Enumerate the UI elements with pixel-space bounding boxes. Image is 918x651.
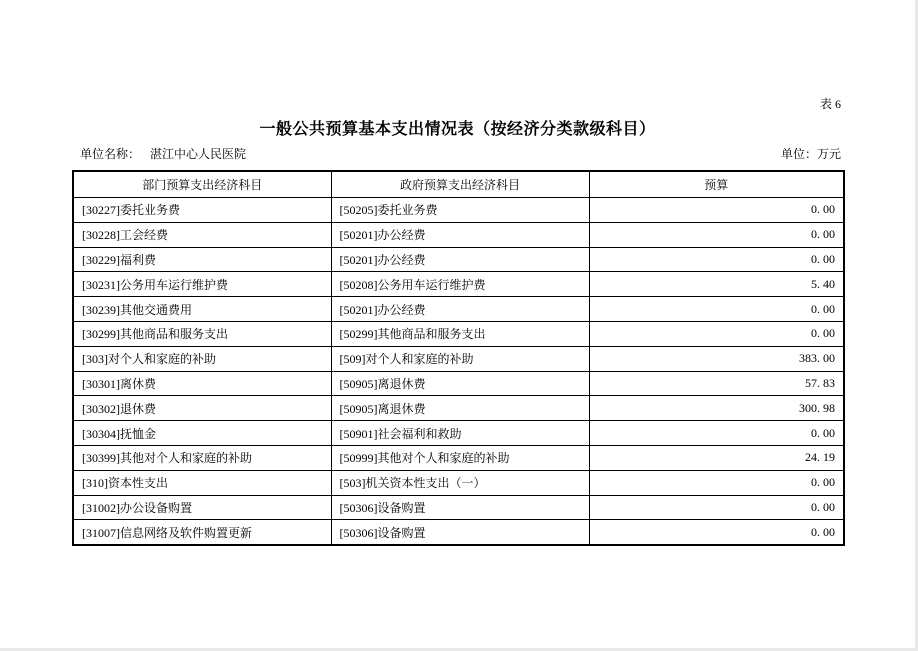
cell-government-subject: [50901]社会福利和救助 bbox=[331, 421, 589, 446]
table-row: [31007]信息网络及软件购置更新[50306]设备购置0. 00 bbox=[73, 520, 844, 545]
page-title: 一般公共预算基本支出情况表（按经济分类款级科目） bbox=[72, 120, 843, 140]
cell-government-subject: [50905]离退休费 bbox=[331, 371, 589, 396]
unit-name-label: 单位名称： bbox=[80, 147, 140, 161]
table-row: [30239]其他交通费用[50201]办公经费0. 00 bbox=[73, 297, 844, 322]
table-row: [30301]离休费[50905]离退休费57. 83 bbox=[73, 371, 844, 396]
cell-department-subject: [30239]其他交通费用 bbox=[73, 297, 331, 322]
table-number-label: 表 6 bbox=[72, 97, 843, 111]
cell-government-subject: [50208]公务用车运行维护费 bbox=[331, 272, 589, 297]
budget-table: 部门预算支出经济科目 政府预算支出经济科目 预算 [30227]委托业务费[50… bbox=[72, 170, 845, 546]
table-row: [30227]委托业务费[50205]委托业务费0. 00 bbox=[73, 198, 844, 223]
table-row: [31002]办公设备购置[50306]设备购置0. 00 bbox=[73, 495, 844, 520]
cell-department-subject: [310]资本性支出 bbox=[73, 470, 331, 495]
unit-name: 单位名称：湛江中心人民医院 bbox=[72, 147, 246, 162]
table-row: [30399]其他对个人和家庭的补助[50999]其他对个人和家庭的补助24. … bbox=[73, 445, 844, 470]
cell-department-subject: [303]对个人和家庭的补助 bbox=[73, 346, 331, 371]
cell-department-subject: [30302]退休费 bbox=[73, 396, 331, 421]
cell-government-subject: [50299]其他商品和服务支出 bbox=[331, 321, 589, 346]
column-header-department-subject: 部门预算支出经济科目 bbox=[73, 171, 331, 198]
table-row: [310]资本性支出[503]机关资本性支出（一）0. 00 bbox=[73, 470, 844, 495]
cell-government-subject: [509]对个人和家庭的补助 bbox=[331, 346, 589, 371]
cell-government-subject: [50201]办公经费 bbox=[331, 297, 589, 322]
cell-budget-value: 24. 19 bbox=[589, 445, 844, 470]
table-row: [30304]抚恤金[50901]社会福利和救助0. 00 bbox=[73, 421, 844, 446]
cell-budget-value: 300. 98 bbox=[589, 396, 844, 421]
table-row: [30229]福利费[50201]办公经费0. 00 bbox=[73, 247, 844, 272]
cell-department-subject: [31007]信息网络及软件购置更新 bbox=[73, 520, 331, 545]
table-row: [303]对个人和家庭的补助[509]对个人和家庭的补助383. 00 bbox=[73, 346, 844, 371]
cell-budget-value: 0. 00 bbox=[589, 297, 844, 322]
cell-government-subject: [50201]办公经费 bbox=[331, 247, 589, 272]
cell-budget-value: 0. 00 bbox=[589, 198, 844, 223]
cell-department-subject: [30231]公务用车运行维护费 bbox=[73, 272, 331, 297]
cell-budget-value: 0. 00 bbox=[589, 222, 844, 247]
cell-department-subject: [30301]离休费 bbox=[73, 371, 331, 396]
cell-department-subject: [30229]福利费 bbox=[73, 247, 331, 272]
table-body: [30227]委托业务费[50205]委托业务费0. 00[30228]工会经费… bbox=[73, 198, 844, 546]
cell-department-subject: [31002]办公设备购置 bbox=[73, 495, 331, 520]
cell-government-subject: [50999]其他对个人和家庭的补助 bbox=[331, 445, 589, 470]
cell-government-subject: [50201]办公经费 bbox=[331, 222, 589, 247]
cell-budget-value: 5. 40 bbox=[589, 272, 844, 297]
table-row: [30302]退休费[50905]离退休费300. 98 bbox=[73, 396, 844, 421]
cell-budget-value: 0. 00 bbox=[589, 520, 844, 545]
cell-government-subject: [503]机关资本性支出（一） bbox=[331, 470, 589, 495]
cell-government-subject: [50205]委托业务费 bbox=[331, 198, 589, 223]
cell-department-subject: [30299]其他商品和服务支出 bbox=[73, 321, 331, 346]
cell-government-subject: [50306]设备购置 bbox=[331, 495, 589, 520]
column-header-government-subject: 政府预算支出经济科目 bbox=[331, 171, 589, 198]
cell-budget-value: 0. 00 bbox=[589, 321, 844, 346]
cell-government-subject: [50905]离退休费 bbox=[331, 396, 589, 421]
page-content: 表 6 一般公共预算基本支出情况表（按经济分类款级科目） 单位名称：湛江中心人民… bbox=[72, 0, 843, 546]
cell-department-subject: [30304]抚恤金 bbox=[73, 421, 331, 446]
cell-department-subject: [30227]委托业务费 bbox=[73, 198, 331, 223]
table-row: [30299]其他商品和服务支出[50299]其他商品和服务支出0. 00 bbox=[73, 321, 844, 346]
cell-budget-value: 0. 00 bbox=[589, 421, 844, 446]
table-row: [30231]公务用车运行维护费[50208]公务用车运行维护费5. 40 bbox=[73, 272, 844, 297]
cell-department-subject: [30228]工会经费 bbox=[73, 222, 331, 247]
table-row: [30228]工会经费[50201]办公经费0. 00 bbox=[73, 222, 844, 247]
document-page: 表 6 一般公共预算基本支出情况表（按经济分类款级科目） 单位名称：湛江中心人民… bbox=[0, 0, 918, 651]
cell-budget-value: 383. 00 bbox=[589, 346, 844, 371]
currency-unit-label: 单位：万元 bbox=[781, 147, 843, 162]
cell-budget-value: 57. 83 bbox=[589, 371, 844, 396]
cell-department-subject: [30399]其他对个人和家庭的补助 bbox=[73, 445, 331, 470]
cell-budget-value: 0. 00 bbox=[589, 495, 844, 520]
cell-government-subject: [50306]设备购置 bbox=[331, 520, 589, 545]
unit-name-value: 湛江中心人民医院 bbox=[150, 147, 246, 161]
cell-budget-value: 0. 00 bbox=[589, 247, 844, 272]
cell-budget-value: 0. 00 bbox=[589, 470, 844, 495]
table-header-row: 部门预算支出经济科目 政府预算支出经济科目 预算 bbox=[73, 171, 844, 198]
column-header-budget: 预算 bbox=[589, 171, 844, 198]
meta-row: 单位名称：湛江中心人民医院 单位：万元 bbox=[72, 147, 843, 162]
